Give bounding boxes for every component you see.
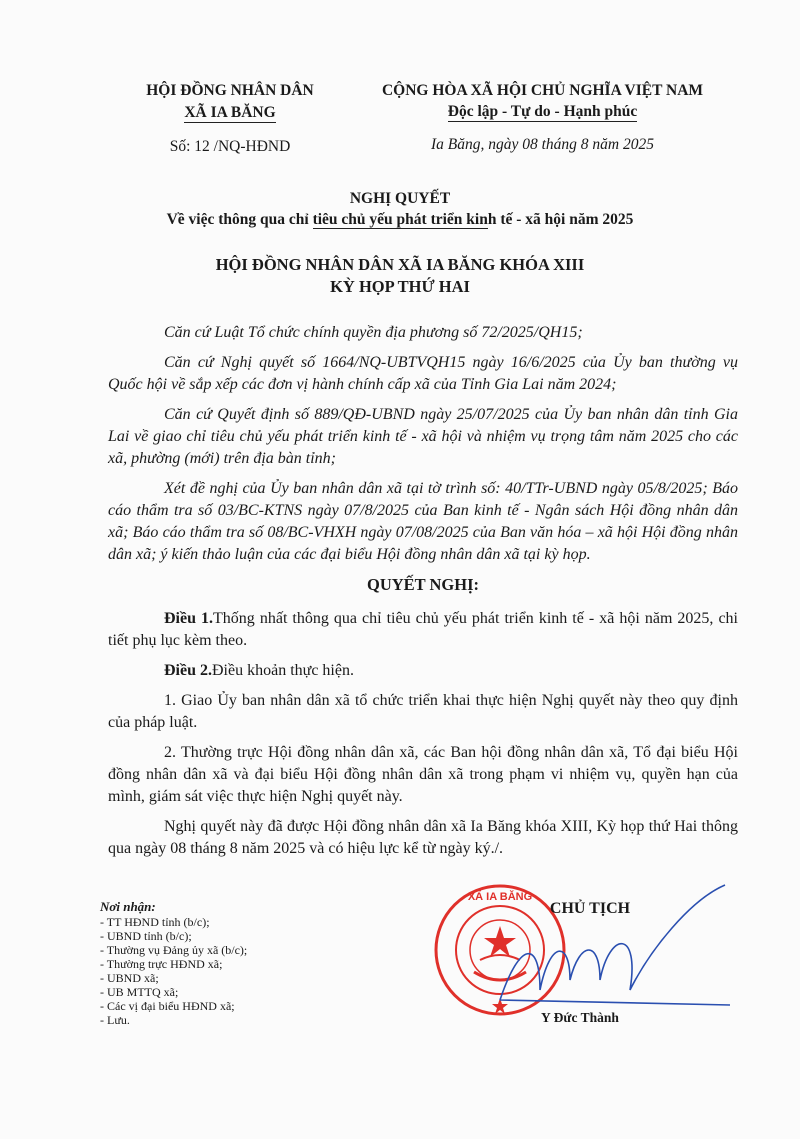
article-2-item-2: 2. Thường trực Hội đồng nhân dân xã, các… <box>108 742 738 808</box>
recipient-item: - UB MTTQ xã; <box>100 985 360 999</box>
recipients-list: Nơi nhận: - TT HĐND tỉnh (b/c); - UBND t… <box>100 900 360 1027</box>
article-2-item-1: 1. Giao Ủy ban nhân dân xã tổ chức triển… <box>108 690 738 734</box>
session-name: KỲ HỌP THỨ HAI <box>0 276 800 298</box>
preamble-line: Xét đề nghị của Ủy ban nhân dân xã tại t… <box>108 478 738 566</box>
recipients-title: Nơi nhận: <box>100 900 360 914</box>
article-label: Điều 1. <box>164 610 213 627</box>
recipient-item: - Thường vụ Đảng ủy xã (b/c); <box>100 943 360 957</box>
article-2: Điều 2.Điều khoản thực hiện. <box>108 660 738 682</box>
decision-heading: QUYẾT NGHỊ: <box>108 574 738 596</box>
recipient-item: - TT HĐND tỉnh (b/c); <box>100 915 360 929</box>
article-text: Điều khoản thực hiện. <box>212 662 354 679</box>
signatory-title: CHỦ TỊCH <box>530 900 650 918</box>
national-motto: Độc lập - Tự do - Hạnh phúc <box>448 102 637 122</box>
national-header-block: CỘNG HÒA XÃ HỘI CHỦ NGHĨA VIỆT NAM Độc l… <box>345 80 740 154</box>
issuer-heading: HỘI ĐỒNG NHÂN DÂN XÃ IA BĂNG KHÓA XIII K… <box>0 254 800 298</box>
article-1: Điều 1.Thống nhất thông qua chỉ tiêu chủ… <box>108 608 738 652</box>
issuer-name: HỘI ĐỒNG NHÂN DÂN XÃ IA BĂNG KHÓA XIII <box>0 254 800 276</box>
document-number: Số: 12 /NQ-HĐND <box>120 138 340 156</box>
recipient-item: - Thường trực HĐND xã; <box>100 957 360 971</box>
subject-underlined: tiêu chủ yếu phát triển kin <box>313 211 488 229</box>
preamble-line: Căn cứ Quyết định số 889/QĐ-UBND ngày 25… <box>108 404 738 470</box>
recipient-item: - Các vị đại biểu HĐND xã; <box>100 999 360 1013</box>
preamble-line: Căn cứ Luật Tổ chức chính quyền địa phươ… <box>108 322 738 344</box>
recipient-item: - Lưu. <box>100 1013 360 1027</box>
issuing-authority-block: HỘI ĐỒNG NHÂN DÂN XÃ IA BĂNG Số: 12 /NQ-… <box>120 80 340 156</box>
national-title: CỘNG HÒA XÃ HỘI CHỦ NGHĨA VIỆT NAM <box>345 80 740 102</box>
recipient-item: - UBND xã; <box>100 971 360 985</box>
closing-statement: Nghị quyết này đã được Hội đồng nhân dân… <box>108 816 738 860</box>
council-name: HỘI ĐỒNG NHÂN DÂN <box>120 80 340 102</box>
subject-part: h tế - xã hội năm 2025 <box>488 211 634 228</box>
document-body: Căn cứ Luật Tổ chức chính quyền địa phươ… <box>108 322 738 868</box>
place-date: Ia Băng, ngày 08 tháng 8 năm 2025 <box>345 136 740 154</box>
signatory-name: Y Đức Thành <box>510 1010 650 1026</box>
recipient-item: - UBND tỉnh (b/c); <box>100 929 360 943</box>
commune-name: XÃ IA BĂNG <box>184 103 275 123</box>
preamble-line: Căn cứ Nghị quyết số 1664/NQ-UBTVQH15 ng… <box>108 352 738 396</box>
article-label: Điều 2. <box>164 662 212 679</box>
document-type: NGHỊ QUYẾT <box>0 190 800 208</box>
subject-part: Về việc thông qua chỉ <box>167 211 313 228</box>
document-subject: Về việc thông qua chỉ tiêu chủ yếu phát … <box>0 211 800 229</box>
